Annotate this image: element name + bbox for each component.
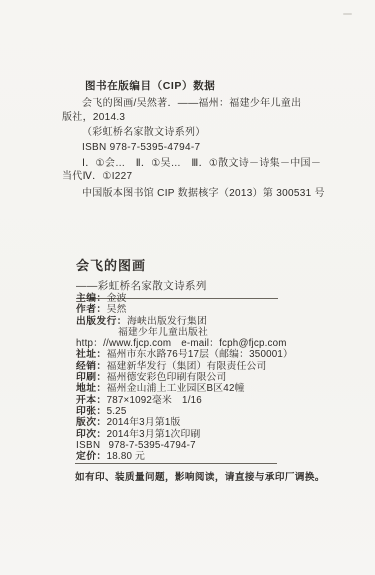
pub-label: 开本： xyxy=(76,395,107,406)
pub-value: 5.25 xyxy=(107,406,127,417)
cip-classification-line2: 当代Ⅳ．①I227 xyxy=(62,171,342,184)
series-subtitle: ——彩虹桥名家散文诗系列 xyxy=(76,278,286,293)
pub-row-website: http：//www.fjcp.com e-mail：fcph@fjcp.com xyxy=(76,338,306,349)
pub-row-address: 社址：福州市东水路76号17层（邮编：350001） xyxy=(76,349,306,360)
pub-row-author: 作者：吴然 xyxy=(76,304,306,315)
pub-value: 2014年3月第1版 xyxy=(107,417,181,428)
book-title: 会飞的图画 xyxy=(76,255,286,274)
pub-label: 主编： xyxy=(76,293,107,304)
pub-label: 版次： xyxy=(76,417,107,428)
cip-series-note: （彩虹桥名家散文诗系列） xyxy=(82,126,342,141)
pub-label: 出版发行： xyxy=(76,316,127,327)
pub-row-printer: 印刷：福州德安彩色印刷有限公司 xyxy=(76,372,306,383)
pub-value: 吴然 xyxy=(107,304,127,315)
pub-label: 地址： xyxy=(76,383,107,394)
pub-value: 福州市东水路76号17层（邮编：350001） xyxy=(107,349,293,360)
colophon-page: 图书在版编目（CIP）数据 会飞的图画/吴然著．——福州：福建少年儿童出 版社，… xyxy=(0,0,375,575)
cip-record-line2: 版社，2014.3 xyxy=(62,111,342,126)
pub-label: 印次： xyxy=(76,429,107,440)
pub-label: 经销： xyxy=(76,361,107,372)
pub-row-edition: 版次：2014年3月第1版 xyxy=(76,417,306,428)
cip-record-line1: 会飞的图画/吴然著．——福州：福建少年儿童出 xyxy=(82,97,342,112)
pub-row-publisher: 出版发行：海峡出版发行集团 xyxy=(76,316,306,327)
pub-value: 福州德安彩色印刷有限公司 xyxy=(107,372,227,383)
pub-value: 787×1092毫米 1/16 xyxy=(107,395,202,406)
publication-info-list: 主编：金波 作者：吴然 出版发行：海峡出版发行集团 福建少年儿童出版社 http… xyxy=(76,293,306,462)
pub-label: 印张： xyxy=(76,406,107,417)
pub-row-editor: 主编：金波 xyxy=(76,293,306,304)
pub-row-publisher-line2: 福建少年儿童出版社 xyxy=(76,327,306,338)
pub-value: 海峡出版发行集团 xyxy=(127,316,207,327)
pub-label: ISBN xyxy=(76,440,100,451)
pub-value: 978-7-5395-4794-7 xyxy=(108,440,195,451)
cip-registry: 中国版本图书馆 CIP 数据核字（2013）第 300531 号 xyxy=(82,187,342,202)
pub-row-format: 开本：787×1092毫米 1/16 xyxy=(76,395,306,406)
pub-value: 福建少年儿童出版社 xyxy=(118,327,208,338)
pub-row-price: 定价：18.80 元 xyxy=(76,451,306,462)
footer: 如有印、装质量问题，影响阅读，请直接与承印厂调换。 xyxy=(75,463,285,483)
pub-row-sheets: 印张：5.25 xyxy=(76,406,306,417)
pub-row-distributor: 经销：福建新华发行（集团）有限责任公司 xyxy=(76,361,306,372)
divider-rule-bottom xyxy=(75,463,277,464)
cip-block: 图书在版编目（CIP）数据 会飞的图画/吴然著．——福州：福建少年儿童出 版社，… xyxy=(62,79,342,201)
pub-label: 定价： xyxy=(76,451,107,462)
pub-row-isbn: ISBN978-7-5395-4794-7 xyxy=(76,440,306,451)
pub-row-printer-address: 地址：福州金山浦上工业园区B区42幢 xyxy=(76,383,306,394)
pub-value: http：//www.fjcp.com e-mail：fcph@fjcp.com xyxy=(76,338,287,349)
cip-title: 图书在版编目（CIP）数据 xyxy=(85,79,342,94)
pub-label: 印刷： xyxy=(76,372,107,383)
pub-value: 福州金山浦上工业园区B区42幢 xyxy=(107,383,245,394)
pub-label: 社址： xyxy=(76,349,107,360)
pub-value: 18.80 元 xyxy=(107,451,145,462)
pub-value: 福建新华发行（集团）有限责任公司 xyxy=(107,361,267,372)
pub-value: 金波 xyxy=(107,293,127,304)
cip-classification-line1: Ⅰ．①会… Ⅱ．①吴… Ⅲ．①散文诗－诗集－中国－ xyxy=(82,157,342,172)
pub-value: 2014年3月第1次印刷 xyxy=(107,429,201,440)
pub-row-impression: 印次：2014年3月第1次印刷 xyxy=(76,429,306,440)
scan-smudge xyxy=(343,13,352,15)
cip-isbn: ISBN 978-7-5395-4794-7 xyxy=(82,141,342,156)
pub-label: 作者： xyxy=(76,304,107,315)
quality-notice: 如有印、装质量问题，影响阅读，请直接与承印厂调换。 xyxy=(75,469,285,483)
